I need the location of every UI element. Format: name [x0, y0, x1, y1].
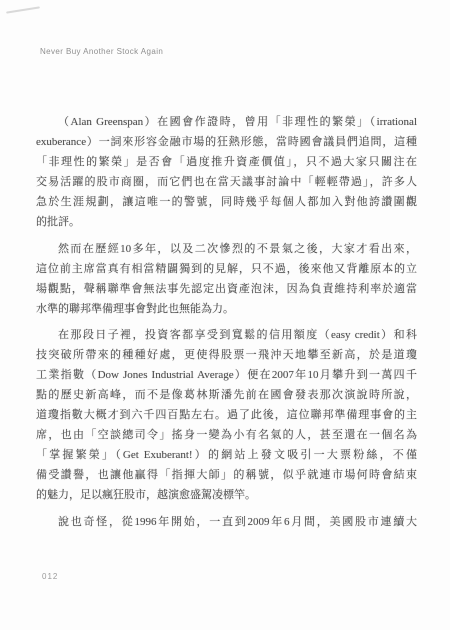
text-line: 然而在歷經10多年，以及二次慘烈的不景氣之後，大家才看出來， — [36, 239, 417, 259]
text-line: 說也奇怪，從1996年開始，一直到2009年6月間，美國股市連續大 — [36, 512, 417, 532]
running-header: Never Buy Another Stock Again — [40, 47, 163, 56]
text-line: 點的歷史新高峰，而不是像葛林斯潘先前在國會發表那次演說時所說， — [36, 385, 417, 405]
text-line: 的魅力，足以瘋狂股市，越演愈盛駕凌標竿。 — [36, 485, 417, 505]
text-line: exuberance）一詞來形容金融市場的狂熱形態，當時國會議員們追問，這種 — [36, 132, 417, 152]
text-line: 工業指數（Dow Jones Industrial Average）便在2007… — [36, 365, 417, 385]
text-line: 技突破所帶來的種種好處，更使得股票一飛沖天地攀至新高，於是道瓊 — [36, 345, 417, 365]
paragraph: 然而在歷經10多年，以及二次慘烈的不景氣之後，大家才看出來，這位前主席當真有相當… — [36, 239, 417, 319]
text-line: 的批評。 — [36, 212, 417, 232]
body-text-block: （Alan Greenspan）在國會作證時，曾用「非理性的繁榮」（irrati… — [36, 112, 417, 532]
book-page: Never Buy Another Stock Again （Alan Gree… — [0, 0, 450, 630]
text-line: 水準的聯邦準備理事會對此也無能為力。 — [36, 299, 417, 319]
text-line: 這位前主席當真有相當精闢獨到的見解，只不過，後來他又背離原本的立 — [36, 259, 417, 279]
text-line: 道瓊指數大概才到六千四百點左右。過了此後，這位聯邦準備理事會的主 — [36, 405, 417, 425]
text-line: 急於生涯規劃，讓這唯一的警號，同時幾乎每個人都加入對他誇讚圍觀 — [36, 192, 417, 212]
text-line: 場觀點，聲稱聯準會無法事先認定出資產泡沫，因為負責維持利率於適當 — [36, 279, 417, 299]
paragraph: 說也奇怪，從1996年開始，一直到2009年6月間，美國股市連續大 — [36, 512, 417, 532]
text-line: 「非理性的繁榮」是否會「過度推升資產價值」，只不過大家只關注在 — [36, 152, 417, 172]
text-line: 席，也由「空談總司令」搖身一變為小有名氣的人，甚至還在一個名為 — [36, 425, 417, 445]
text-line: 交易活躍的股市商圈，而它們也在當天議事討論中「輕輕帶過」，許多人 — [36, 172, 417, 192]
text-line: 「掌握繁榮」（Get Exuberant!）的網站上發文吸引一大票粉絲，不僅 — [36, 445, 417, 465]
scan-artifact-mark — [6, 6, 40, 13]
paragraph: （Alan Greenspan）在國會作證時，曾用「非理性的繁榮」（irrati… — [36, 112, 417, 232]
text-line: （Alan Greenspan）在國會作證時，曾用「非理性的繁榮」（irrati… — [36, 112, 417, 132]
text-line: 在那段日子裡，投資客都享受到寬鬆的信用額度（easy credit）和科 — [36, 325, 417, 345]
page-number: 012 — [42, 572, 58, 581]
text-line: 備受讚譽，也讓他贏得「指揮大師」的稱號，似乎就連市場何時會結束 — [36, 465, 417, 485]
paragraph: 在那段日子裡，投資客都享受到寬鬆的信用額度（easy credit）和科技突破所… — [36, 325, 417, 505]
